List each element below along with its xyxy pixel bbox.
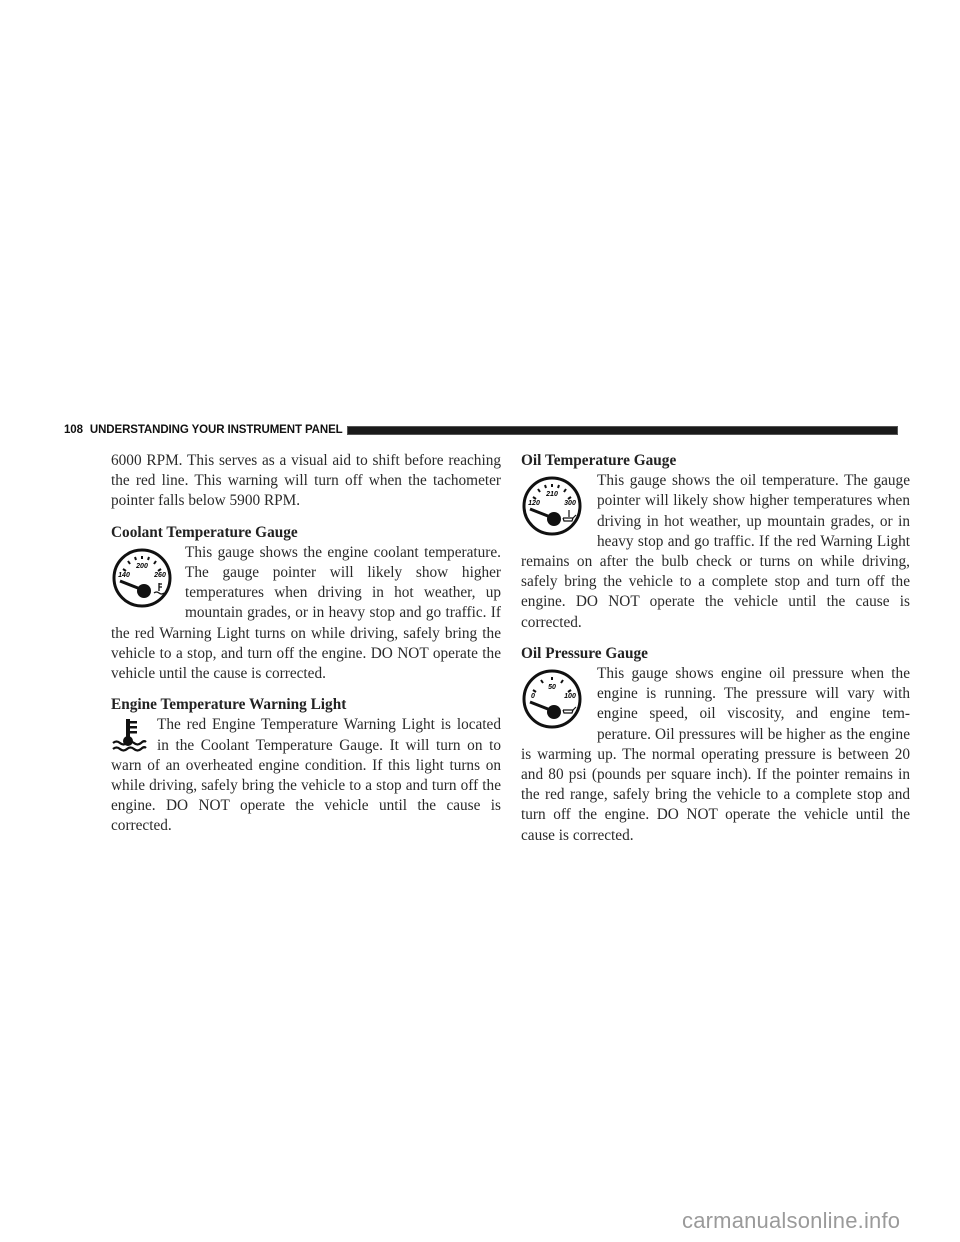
page-header: 108 UNDERSTANDING YOUR INSTRUMENT PANEL [64, 423, 898, 437]
svg-text:140: 140 [118, 572, 130, 579]
watermark: carmanualsonline.info [682, 1208, 900, 1234]
right-column: Oil Temperature Gauge 210 120 300 [521, 451, 910, 846]
svg-text:120: 120 [528, 500, 540, 507]
left-column: 6000 RPM. This serves as a visual aid to… [111, 451, 501, 837]
engine-temp-warning-heading: Engine Temperature Warning Light [111, 695, 501, 715]
svg-text:0: 0 [531, 693, 535, 700]
coolant-body: 200 140 260 This gauge shows the engine … [111, 543, 501, 684]
header-rule [347, 426, 898, 435]
oil-pressure-gauge-icon: 50 0 100 [521, 666, 583, 730]
page-number: 108 [64, 424, 83, 436]
engine-temp-warning-body: The red Engine Temperature Warning Light… [111, 715, 501, 836]
svg-text:50: 50 [548, 684, 556, 691]
oil-pressure-body: 50 0 100 This gauge shows engine oil pre… [521, 664, 910, 846]
coolant-temperature-gauge-icon: 200 140 260 [111, 545, 173, 609]
svg-text:300: 300 [564, 500, 576, 507]
oil-pressure-heading: Oil Pressure Gauge [521, 644, 910, 664]
oil-temperature-heading: Oil Temperature Gauge [521, 451, 910, 471]
svg-text:260: 260 [153, 572, 166, 579]
intro-paragraph: 6000 RPM. This serves as a visual aid to… [111, 451, 501, 512]
svg-text:200: 200 [135, 563, 148, 570]
oil-temperature-gauge-icon: 210 120 300 [521, 473, 583, 537]
engine-temperature-warning-icon [111, 716, 147, 754]
section-title: UNDERSTANDING YOUR INSTRUMENT PANEL [90, 424, 343, 436]
svg-text:210: 210 [545, 491, 558, 498]
svg-text:100: 100 [564, 693, 576, 700]
coolant-heading: Coolant Temperature Gauge [111, 523, 501, 543]
oil-temperature-body: 210 120 300 This gauge shows the oil tem… [521, 471, 910, 633]
